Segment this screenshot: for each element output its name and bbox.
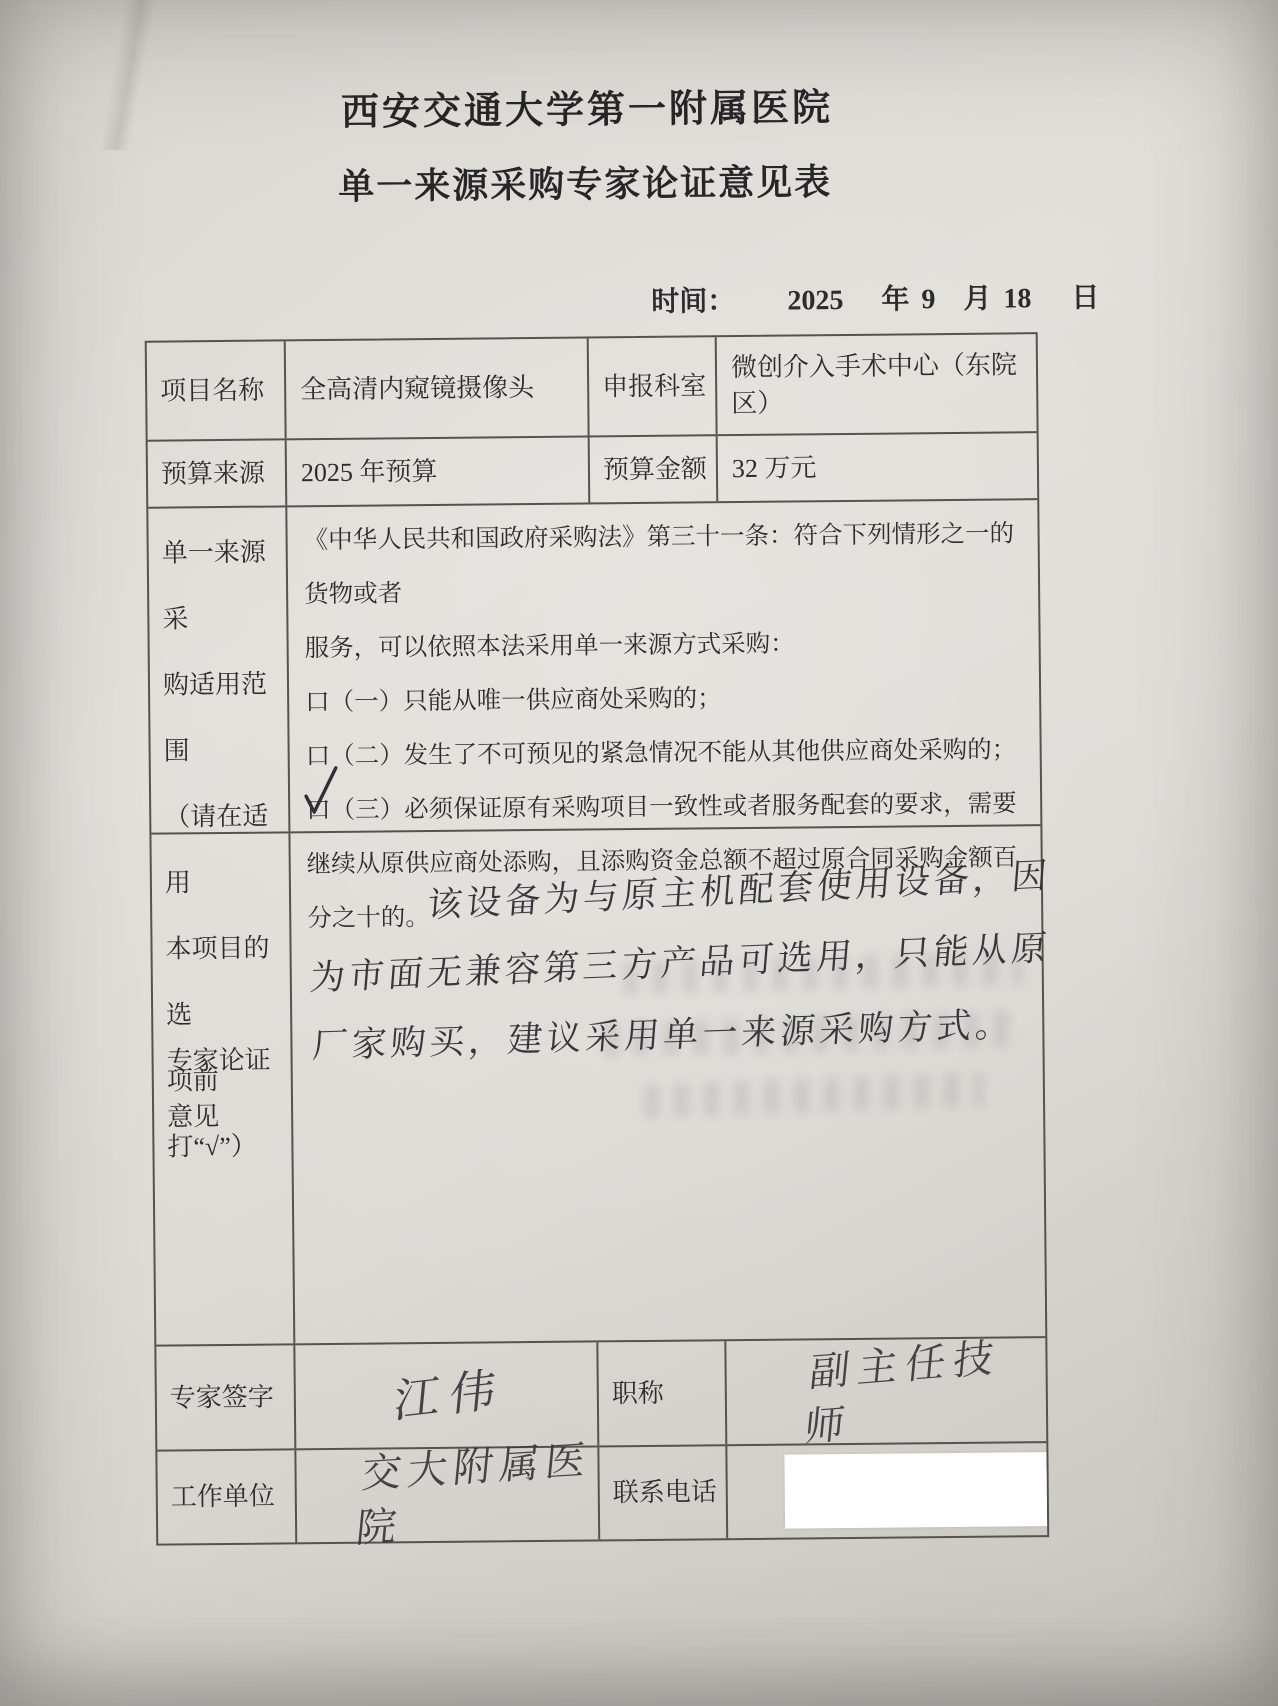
table-row-project: 项目名称 全高清内窥镜摄像头 申报科室 微创介入手术中心（东院区） [147, 334, 1037, 442]
table-row-scope: 单一来源采 购适用范围 （请在适用 本项目的选 项前打“√”） 《中华人民共和国… [148, 500, 1040, 835]
work-unit-label: 工作单位 [157, 1450, 297, 1543]
checkbox-3-icon: 口 [306, 784, 331, 838]
phone-cell [727, 1443, 1047, 1538]
scope-option-1: 口（一）只能从唯一供应商处采购的； [305, 669, 1031, 730]
work-unit-cell: 交大附属医院 [296, 1447, 600, 1542]
scope-option-2: 口（二）发生了不可预见的紧急情况不能从其他供应商处采购的； [305, 723, 1031, 784]
opinion-label: 专家论证意见 [151, 833, 295, 1344]
department-value: 微创介入手术中心（东院区） [717, 334, 1037, 434]
expert-signature-handwriting: 江伟 [391, 1357, 508, 1433]
phone-redaction-box [784, 1452, 1047, 1529]
job-title-cell: 副主任技师 [726, 1338, 1046, 1444]
date-label: 时间： [651, 279, 735, 320]
scope-body: 《中华人民共和国政府采购法》第三十一条：符合下列情形之一的货物或者 服务，可以依… [287, 500, 1040, 831]
date-year: 2025 [787, 285, 843, 318]
date-day-unit: 日 [1071, 276, 1099, 316]
department-label: 申报科室 [589, 337, 718, 435]
work-unit-handwriting: 交大附属医院 [354, 1433, 595, 1556]
expert-signature-cell: 江伟 [295, 1342, 599, 1448]
table-row-opinion: 专家论证意见 该设备为与原主机配套使用设备，因 为市面无兼容第三方产品可选用，只… [151, 826, 1045, 1347]
date-line: 时间： 2025 年 9 月 18 日 [651, 276, 1099, 320]
budget-amount-label: 预算金额 [590, 436, 719, 502]
form-table: 项目名称 全高清内窥镜摄像头 申报科室 微创介入手术中心（东院区） 预算来源 2… [145, 332, 1050, 1546]
budget-amount-value: 32 万元 [718, 433, 1038, 501]
hospital-title: 西安交通大学第一附属医院 [0, 73, 1180, 139]
opinion-body: 该设备为与原主机配套使用设备，因 为市面无兼容第三方产品可选用，只能从原 厂家购… [290, 826, 1045, 1343]
scope-intro-line-1: 《中华人民共和国政府采购法》第三十一条：符合下列情形之一的货物或者 [303, 507, 1030, 622]
table-row-signature: 专家签字 江伟 职称 副主任技师 [156, 1338, 1046, 1452]
form-sheet: 西安交通大学第一附属医院 单一来源采购专家论证意见表 时间： 2025 年 9 … [0, 0, 1278, 1706]
budget-source-value: 2025 年预算 [287, 437, 591, 505]
phone-label: 联系电话 [599, 1446, 728, 1539]
scope-label: 单一来源采 购适用范围 （请在适用 本项目的选 项前打“√”） [148, 507, 290, 832]
scope-option-2-text: （二）发生了不可预见的紧急情况不能从其他供应商处采购的； [330, 736, 1016, 770]
table-row-budget: 预算来源 2025 年预算 预算金额 32 万元 [148, 433, 1038, 509]
date-day: 18 [1003, 283, 1031, 315]
scope-intro-line-2: 服务，可以依照本法采用单一来源方式采购： [304, 615, 1030, 676]
date-year-unit: 年 [881, 277, 909, 317]
table-row-workunit: 工作单位 交大附属医院 联系电话 [157, 1443, 1047, 1544]
scope-option-1-text: （一）只能从唯一供应商处采购的； [330, 685, 722, 716]
expert-signature-label: 专家签字 [156, 1345, 296, 1449]
date-month: 9 [921, 284, 935, 316]
project-name-label: 项目名称 [147, 341, 287, 439]
budget-source-label: 预算来源 [148, 440, 288, 506]
job-title-handwriting: 副主任技师 [802, 1327, 1043, 1454]
checkbox-2-icon: 口 [305, 730, 330, 784]
date-month-unit: 月 [963, 277, 991, 317]
form-title: 单一来源采购专家论证意见表 [0, 151, 1175, 213]
document-photo: 西安交通大学第一附属医院 单一来源采购专家论证意见表 时间： 2025 年 9 … [0, 0, 1278, 1706]
job-title-label: 职称 [598, 1341, 727, 1445]
project-name-value: 全高清内窥镜摄像头 [286, 338, 590, 438]
checkbox-1-icon: 口 [305, 676, 330, 730]
